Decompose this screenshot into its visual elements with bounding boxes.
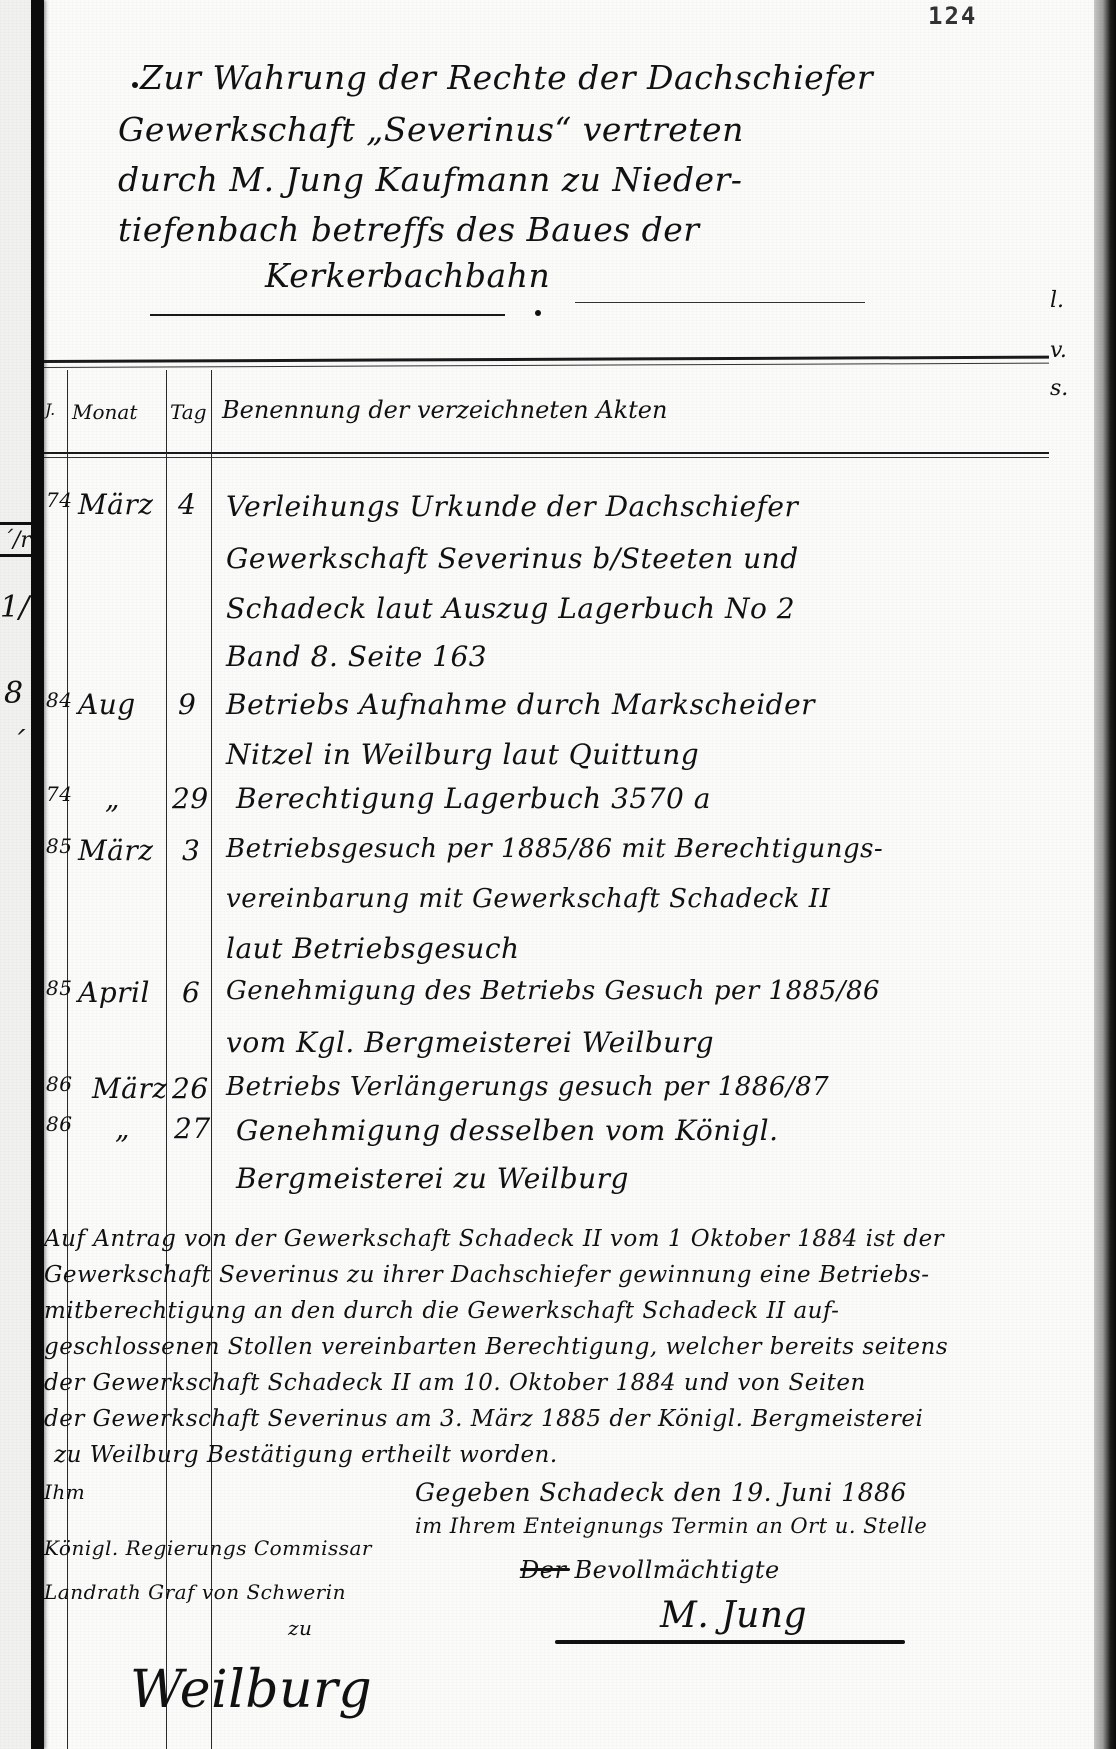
entry-year: 74: [46, 782, 72, 806]
entry-day: 27: [174, 1112, 211, 1145]
adjacent-page-rule: [0, 554, 31, 557]
title-line-3: durch M. Jung Kaufmann zu Nieder-: [118, 160, 742, 199]
addressee-line-3: zu: [288, 1616, 312, 1640]
closing-occasion: im Ihrem Enteignungs Termin an Ort u. St…: [415, 1514, 927, 1538]
header-month: Monat: [72, 400, 137, 424]
right-margin-fragment: l.: [1050, 288, 1064, 313]
paragraph-line: zu Weilburg Bestätigung ertheilt worden.: [54, 1442, 558, 1468]
paragraph-line: geschlossenen Stollen vereinbarten Berec…: [44, 1334, 948, 1360]
header-bottom-rule: [44, 452, 1049, 454]
title-separator-right: [575, 302, 865, 303]
entry-month: März: [78, 834, 154, 867]
entry-text-line: Betriebs Verlängerungs gesuch per 1886/8…: [226, 1072, 829, 1102]
header-bottom-rule-inner: [44, 457, 1049, 458]
entry-text-line: vom Kgl. Bergmeisterei Weilburg: [226, 1026, 714, 1059]
header-year: J.: [45, 400, 55, 419]
paragraph-line: Gewerkschaft Severinus zu ihrer Dachschi…: [44, 1262, 930, 1288]
entry-text-line: Nitzel in Weilburg laut Quittung: [226, 738, 699, 771]
entry-text-line: Betriebs Aufnahme durch Markscheider: [226, 688, 815, 721]
entry-day: 26: [172, 1072, 209, 1105]
header-day: Tag: [170, 400, 207, 424]
entry-day: 6: [182, 976, 200, 1009]
entry-text-line: laut Betriebsgesuch: [226, 932, 520, 965]
entry-day: 9: [178, 688, 196, 721]
addressee-place: Weilburg: [130, 1660, 372, 1720]
entry-month: „: [105, 782, 120, 815]
entry-day: 3: [182, 834, 200, 867]
entry-text-line: Verleihungs Urkunde der Dachschiefer: [226, 490, 798, 523]
signature-underline: [555, 1640, 905, 1644]
title-line-4: tiefenbach betreffs des Baues der: [118, 210, 700, 249]
paragraph-line: mitberechtigung an den durch die Gewerks…: [44, 1298, 839, 1324]
entry-day: 29: [172, 782, 209, 815]
entry-text-line: vereinbarung mit Gewerkschaft Schadeck I…: [226, 884, 830, 914]
entry-month: März: [78, 488, 154, 521]
entry-month: April: [78, 976, 150, 1009]
left-margin-fragment: 8: [4, 676, 23, 711]
title-line-5: Kerkerbachbahn: [265, 256, 550, 295]
right-margin-fragment: v.: [1050, 338, 1067, 363]
left-margin-fragment: ´: [10, 726, 25, 761]
page-number: 124: [928, 2, 977, 30]
paragraph-line: Auf Antrag von der Gewerkschaft Schadeck…: [44, 1226, 944, 1252]
right-page-edge: [1094, 0, 1116, 1749]
entry-month: März: [92, 1072, 168, 1105]
header-description: Benennung der verzeichneten Akten: [222, 396, 667, 424]
title-separator-left: [150, 314, 505, 316]
entry-day: 4: [178, 488, 196, 521]
title-line-2: Gewerkschaft „Severinus“ vertreten: [118, 110, 744, 149]
entry-month: „: [115, 1112, 130, 1145]
entry-year: 85: [46, 834, 72, 858]
addressee-line-2: Landrath Graf von Schwerin: [44, 1580, 346, 1604]
entry-year: 74: [46, 488, 72, 512]
bullet-dot: [132, 82, 138, 88]
addressee-line-1: Königl. Regierungs Commissar: [44, 1536, 372, 1560]
document-page: ´/r 1/ 8 ´ 124 Zur Wahrung der Rechte de…: [0, 0, 1116, 1749]
table-top-rule: [44, 356, 1049, 363]
paragraph-line: der Gewerkschaft Schadeck II am 10. Okto…: [44, 1370, 866, 1396]
entry-text-line: Berechtigung Lagerbuch 3570 a: [236, 782, 711, 815]
entry-text-line: Band 8. Seite 163: [226, 640, 487, 673]
entry-text-line: Genehmigung desselben vom Königl.: [236, 1114, 779, 1147]
binding-edge: [31, 0, 44, 1749]
right-margin-fragment: s.: [1050, 376, 1068, 401]
entry-text-line: Bergmeisterei zu Weilburg: [236, 1162, 629, 1195]
left-margin-fragment: ´/r: [2, 528, 31, 553]
entry-year: 86: [46, 1112, 72, 1136]
adjacent-page-rule: [0, 522, 31, 525]
entry-year: 84: [46, 688, 72, 712]
entry-text-line: Betriebsgesuch per 1885/86 mit Berechtig…: [226, 834, 883, 864]
entry-text-line: Schadeck laut Auszug Lagerbuch No 2: [226, 592, 795, 625]
paragraph-line: der Gewerkschaft Severinus am 3. März 18…: [44, 1406, 923, 1432]
role-flourish: [520, 1568, 570, 1571]
entry-year: 86: [46, 1072, 72, 1096]
entry-year: 85: [46, 976, 72, 1000]
entry-text-line: Genehmigung des Betriebs Gesuch per 1885…: [226, 976, 880, 1006]
closing-place-date: Gegeben Schadeck den 19. Juni 1886: [415, 1478, 907, 1507]
signature: M. Jung: [660, 1595, 807, 1636]
adjacent-page-margin: [0, 0, 32, 1749]
entry-text-line: Gewerkschaft Severinus b/Steeten und: [226, 542, 799, 575]
separator-dot: [535, 310, 541, 316]
left-margin-fragment: 1/: [0, 590, 29, 625]
entry-month: Aug: [78, 688, 136, 721]
title-line-1: Zur Wahrung der Rechte der Dachschiefer: [140, 58, 873, 97]
table-top-rule-inner: [44, 363, 1049, 368]
addressee-salutation: Ihm: [44, 1480, 85, 1504]
